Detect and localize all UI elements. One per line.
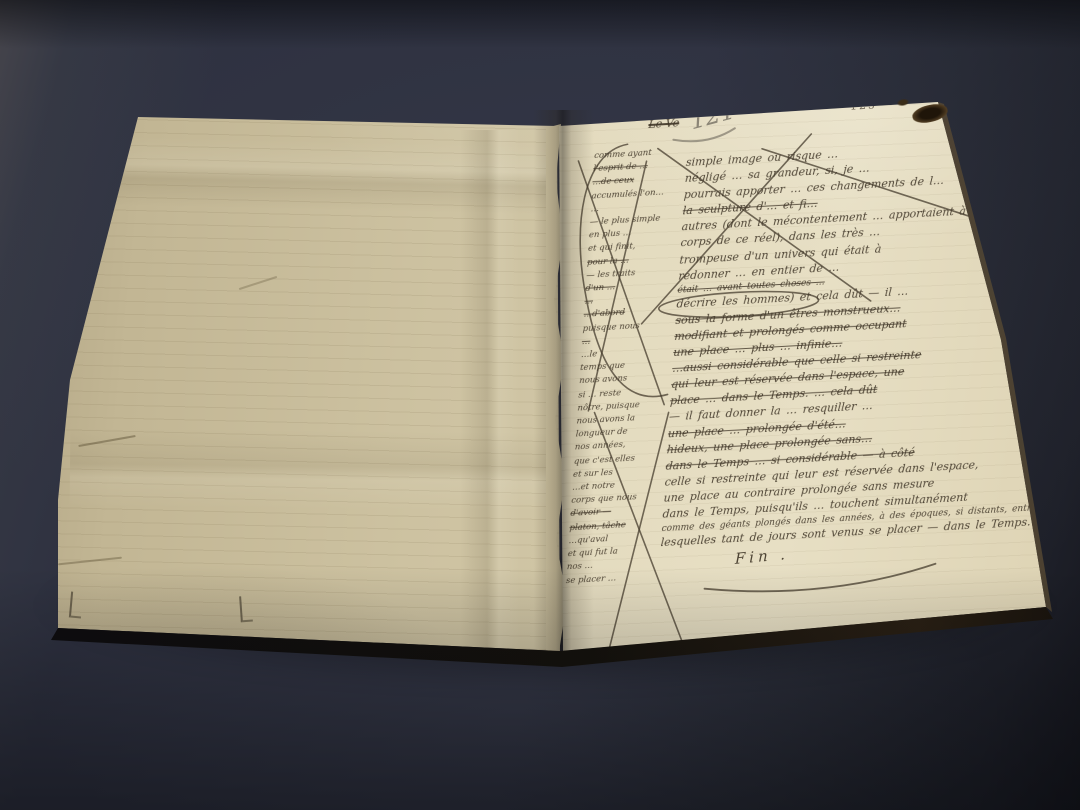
fin-word: Fin .	[735, 545, 789, 568]
pencil-tick-mark	[239, 596, 253, 623]
pencil-page-numbering: 121	[689, 95, 737, 135]
pencil-tick-mark	[69, 592, 83, 619]
fin-flourish	[704, 564, 937, 596]
folio-mark: 6	[901, 85, 907, 95]
right-page-content: Le Ve 121 6 125 comme ayantl'esprit de ……	[560, 90, 1080, 662]
struck-heading: Le Ve	[648, 116, 680, 131]
manuscript-photo: Le Ve 121 6 125 comme ayantl'esprit de ……	[0, 0, 1080, 810]
main-text: simple image ou risque …négligé … sa gra…	[660, 133, 1080, 551]
page-number: 125	[849, 98, 877, 112]
